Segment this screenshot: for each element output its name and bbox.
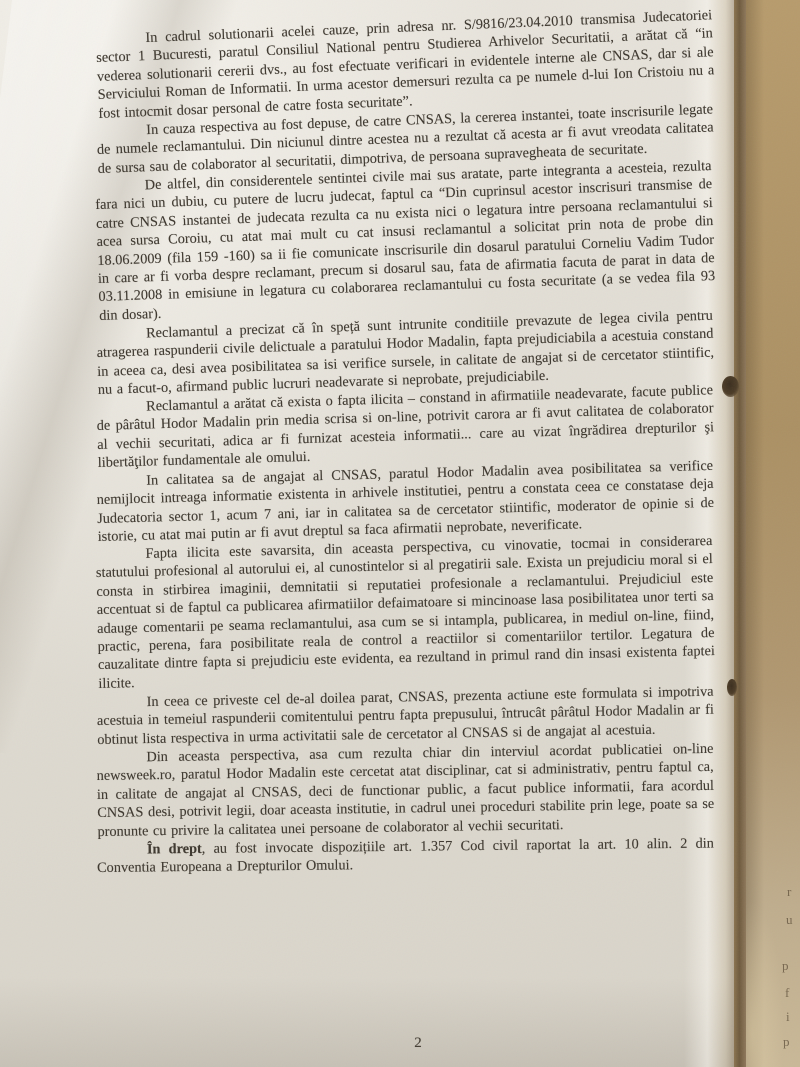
page-number: 2 — [400, 1035, 436, 1052]
edge-text-fragment: i — [786, 1009, 790, 1025]
scanned-court-document-photo: rupfip In cadrul solutionarii acelei cau… — [0, 0, 800, 1067]
paragraph: Din aceasta perspectiva, asa cum rezulta… — [96, 740, 714, 841]
punch-hole — [722, 376, 739, 397]
page-edge-line — [734, 0, 746, 1067]
page-stack-edge-light — [744, 900, 784, 1067]
punch-hole — [727, 679, 737, 696]
paragraph: În drept, au fost invocate dispozițiile … — [97, 834, 714, 877]
edge-text-fragment: p — [783, 1034, 790, 1050]
bold-lead: În drept — [147, 841, 202, 858]
edge-text-fragment: p — [782, 958, 789, 974]
edge-text-fragment: f — [785, 985, 789, 1001]
paragraph: In calitatea sa de angajat al CNSAS, par… — [96, 457, 715, 547]
edge-text-fragment: r — [787, 884, 791, 900]
document-text: In cadrul solutionarii acelei cauze, pri… — [97, 31, 714, 878]
paragraph: Fapta ilicita este savarsita, din aceast… — [95, 532, 715, 693]
bottom-shadow — [0, 977, 744, 1067]
paragraph: In ceea ce priveste cel de-al doilea par… — [96, 682, 714, 749]
paragraph: De altfel, din considerentele sentintei … — [94, 157, 716, 325]
edge-text-fragment: u — [786, 912, 793, 928]
